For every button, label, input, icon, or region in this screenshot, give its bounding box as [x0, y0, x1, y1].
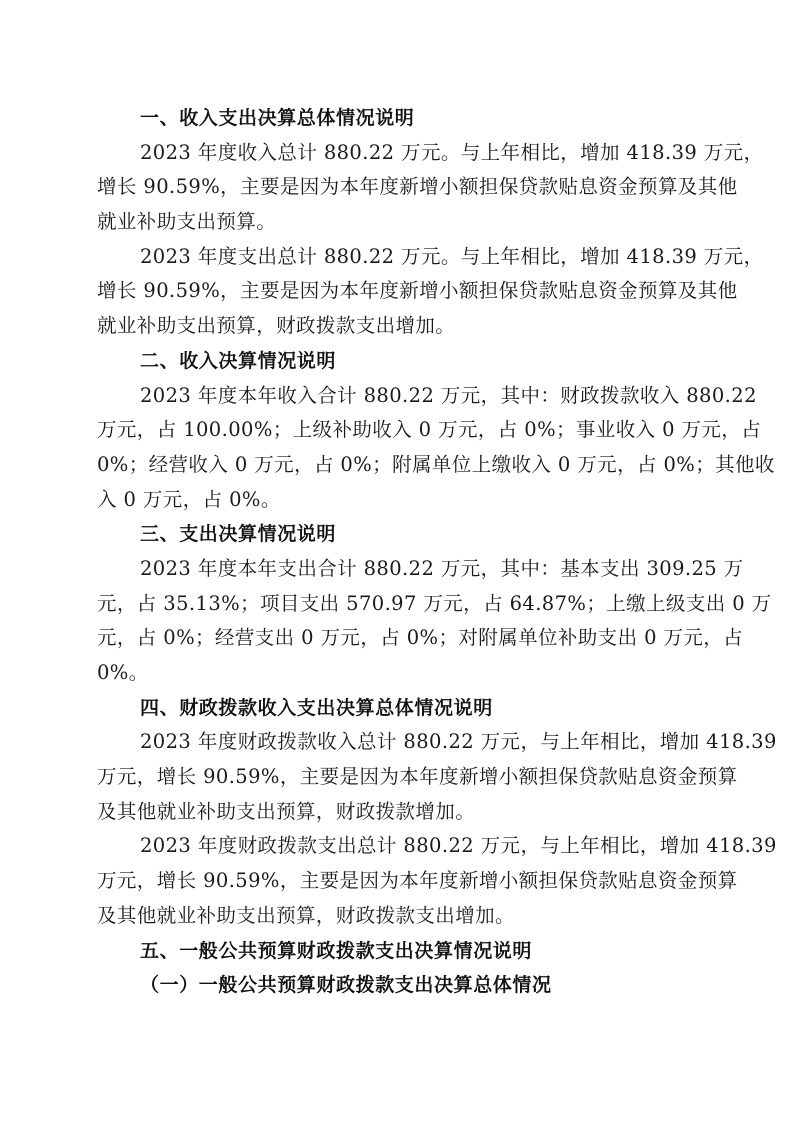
text-line: 万元，增长 90.59%，主要是因为本年度新增小额担保贷款贴息资金预算 — [97, 864, 698, 899]
text-line: 2023 年度支出总计 880.22 万元。与上年相比，增加 418.39 万元… — [97, 240, 698, 275]
paragraph-income-breakdown: 2023 年度本年收入合计 880.22 万元，其中：财政拨款收入 880.22… — [97, 379, 698, 518]
section-income-expenditure-overview: 一、收入支出决算总体情况说明 2023 年度收入总计 880.22 万元。与上年… — [97, 101, 698, 344]
text-line: 2023 年度本年收入合计 880.22 万元，其中：财政拨款收入 880.22 — [97, 379, 698, 414]
text-line: 2023 年度财政拨款收入总计 880.22 万元，与上年相比，增加 418.3… — [97, 725, 698, 760]
text-line: 增长 90.59%，主要是因为本年度新增小额担保贷款贴息资金预算及其他 — [97, 170, 698, 205]
section-income-details: 二、收入决算情况说明 2023 年度本年收入合计 880.22 万元，其中：财政… — [97, 344, 698, 517]
section-heading: 一、收入支出决算总体情况说明 — [97, 101, 698, 136]
section-subheading: （一）一般公共预算财政拨款支出决算总体情况 — [97, 968, 698, 1003]
text-line: 入 0 万元，占 0%。 — [97, 483, 698, 518]
paragraph-fiscal-income: 2023 年度财政拨款收入总计 880.22 万元，与上年相比，增加 418.3… — [97, 725, 698, 829]
paragraph-fiscal-expenditure: 2023 年度财政拨款支出总计 880.22 万元，与上年相比，增加 418.3… — [97, 829, 698, 933]
text-line: 2023 年度财政拨款支出总计 880.22 万元，与上年相比，增加 418.3… — [97, 829, 698, 864]
paragraph-total-income: 2023 年度收入总计 880.22 万元。与上年相比，增加 418.39 万元… — [97, 136, 698, 240]
text-line: 0%。 — [97, 656, 698, 691]
text-line: 2023 年度本年支出合计 880.22 万元，其中：基本支出 309.25 万 — [97, 552, 698, 587]
text-line: 就业补助支出预算，财政拨款支出增加。 — [97, 309, 698, 344]
section-general-public-budget: 五、一般公共预算财政拨款支出决算情况说明 （一）一般公共预算财政拨款支出决算总体… — [97, 934, 698, 1003]
text-line: 万元，占 100.00%；上级补助收入 0 万元，占 0%；事业收入 0 万元，… — [97, 413, 698, 448]
section-heading: 二、收入决算情况说明 — [97, 344, 698, 379]
text-line: 就业补助支出预算。 — [97, 205, 698, 240]
text-line: 元，占 35.13%；项目支出 570.97 万元，占 64.87%；上缴上级支… — [97, 587, 698, 622]
paragraph-total-expenditure: 2023 年度支出总计 880.22 万元。与上年相比，增加 418.39 万元… — [97, 240, 698, 344]
section-fiscal-appropriation-overview: 四、财政拨款收入支出决算总体情况说明 2023 年度财政拨款收入总计 880.2… — [97, 691, 698, 934]
section-heading: 五、一般公共预算财政拨款支出决算情况说明 — [97, 934, 698, 969]
text-line: 万元，增长 90.59%，主要是因为本年度新增小额担保贷款贴息资金预算 — [97, 760, 698, 795]
document-page: 一、收入支出决算总体情况说明 2023 年度收入总计 880.22 万元。与上年… — [97, 101, 698, 1003]
paragraph-expenditure-breakdown: 2023 年度本年支出合计 880.22 万元，其中：基本支出 309.25 万… — [97, 552, 698, 691]
text-line: 0%；经营收入 0 万元，占 0%；附属单位上缴收入 0 万元，占 0%；其他收 — [97, 448, 698, 483]
text-line: 增长 90.59%，主要是因为本年度新增小额担保贷款贴息资金预算及其他 — [97, 274, 698, 309]
section-heading: 三、支出决算情况说明 — [97, 517, 698, 552]
text-line: 及其他就业补助支出预算，财政拨款增加。 — [97, 795, 698, 830]
text-line: 2023 年度收入总计 880.22 万元。与上年相比，增加 418.39 万元… — [97, 136, 698, 171]
text-line: 元，占 0%；经营支出 0 万元，占 0%；对附属单位补助支出 0 万元，占 — [97, 621, 698, 656]
section-expenditure-details: 三、支出决算情况说明 2023 年度本年支出合计 880.22 万元，其中：基本… — [97, 517, 698, 690]
text-line: 及其他就业补助支出预算，财政拨款支出增加。 — [97, 899, 698, 934]
section-heading: 四、财政拨款收入支出决算总体情况说明 — [97, 691, 698, 726]
